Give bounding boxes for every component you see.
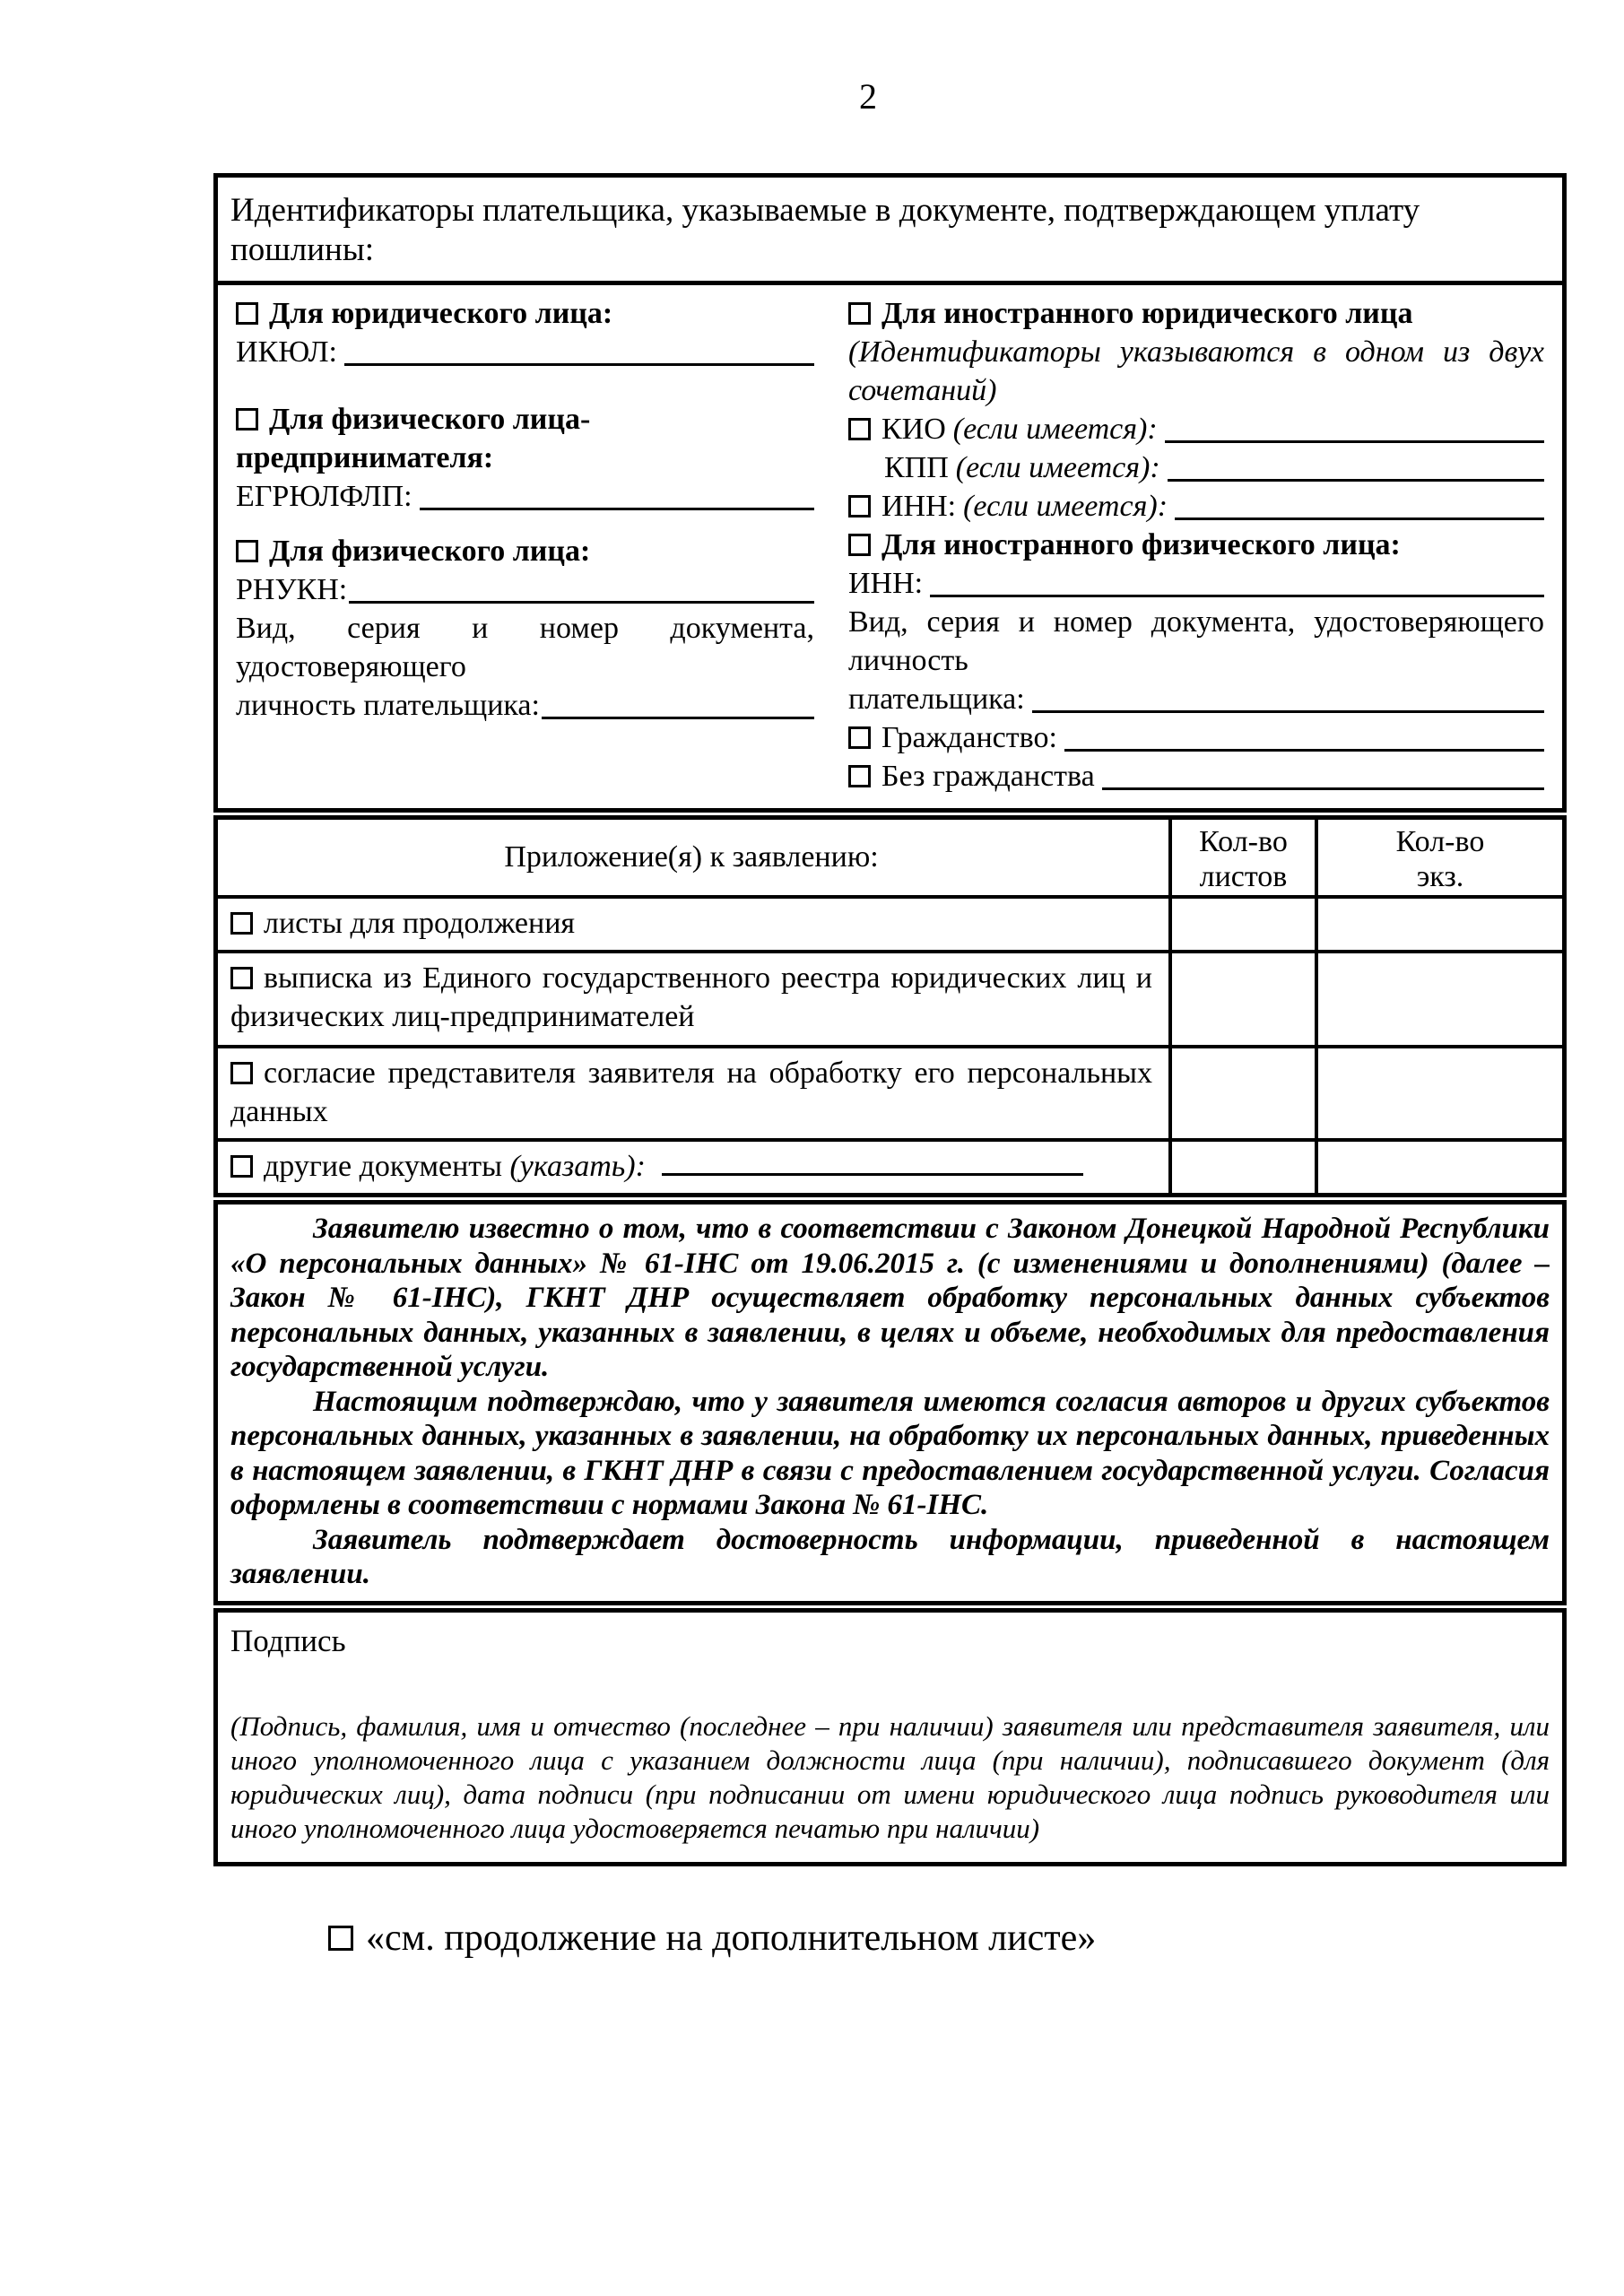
sheets-count-cell-4[interactable] (1168, 1142, 1315, 1193)
copies-count-cell-2[interactable] (1315, 953, 1562, 1045)
attachment-row-other-documents: другие документы (указать): (218, 1138, 1562, 1193)
attachment-row-representative-consent: согласие представителя заявителя на обра… (218, 1045, 1562, 1138)
foreign-legal-checkbox[interactable] (848, 302, 871, 325)
egrulflp-blank-line[interactable] (420, 508, 814, 510)
sheets-count-cell-1[interactable] (1168, 899, 1315, 950)
attachment-row-label-cell: согласие представителя заявителя на обра… (218, 1048, 1168, 1138)
sheets-count-cell-2[interactable] (1168, 953, 1315, 1045)
ikyul-label: ИКЮЛ: (236, 333, 337, 371)
foreign-legal-inn-row: ИНН:(если имеется): (848, 487, 1544, 526)
attachment-row-egr-extract: выписка из Единого государственного реес… (218, 950, 1562, 1045)
identifiers-left-column: Для юридического лица: ИКЮЛ: Для физичес… (236, 294, 814, 796)
foreign-individual-doc-line1: Вид, серия и номер документа, удостоверя… (848, 603, 1544, 680)
payer-identifiers-body: Для юридического лица: ИКЮЛ: Для физичес… (218, 285, 1562, 808)
legal-entity-row: Для юридического лица: (236, 294, 814, 333)
stateless-blank-line[interactable] (1102, 787, 1544, 790)
foreign-legal-inn-checkbox[interactable] (848, 495, 871, 517)
kpp-row: КПП(если имеется): (848, 448, 1544, 487)
foreign-individual-inn-blank-line[interactable] (930, 595, 1544, 597)
egr-extract-checkbox[interactable] (230, 967, 253, 989)
attachments-header-row: Приложение(я) к заявлению: Кол-во листов… (218, 820, 1562, 895)
personal-data-consent-block: Заявителю известно о том, что в соответс… (213, 1200, 1567, 1605)
stateless-label: Без гражданства (881, 757, 1095, 796)
see-continuation-label: «см. продолжение на дополнительном листе… (366, 1917, 1096, 1960)
foreign-legal-note: (Идентификаторы указываются в одном из д… (848, 333, 1544, 410)
copies-count-cell-1[interactable] (1315, 899, 1562, 950)
other-documents-label: другие документы (264, 1150, 502, 1183)
other-documents-note: (указать): (509, 1150, 645, 1183)
kio-note: (если имеется): (953, 410, 1158, 448)
attachment-row-continuation-sheets: листы для продолжения (218, 895, 1562, 950)
copies-count-header-line2: экз. (1318, 859, 1562, 894)
see-continuation-checkbox[interactable] (328, 1926, 353, 1951)
foreign-individual-doc-blank-line[interactable] (1032, 710, 1544, 713)
rnukn-label: РНУКН: (236, 570, 347, 609)
kio-label: КИО (881, 410, 946, 448)
representative-consent-checkbox[interactable] (230, 1062, 253, 1084)
continuation-sheets-checkbox[interactable] (230, 912, 253, 935)
foreign-individual-checkbox[interactable] (848, 534, 871, 556)
foreign-legal-inn-blank-line[interactable] (1175, 517, 1544, 520)
other-documents-checkbox[interactable] (230, 1155, 253, 1178)
ikyul-row: ИКЮЛ: (236, 333, 814, 371)
attachment-row-label-cell: выписка из Единого государственного реес… (218, 953, 1168, 1045)
signature-note: (Подпись, фамилия, имя и отчество (после… (230, 1709, 1550, 1846)
page-number: 2 (859, 75, 877, 117)
foreign-legal-inn-label: ИНН: (881, 487, 956, 526)
individual-row: Для физического лица: (236, 532, 814, 570)
sheets-count-header-line2: листов (1172, 859, 1315, 894)
sheets-count-cell-3[interactable] (1168, 1048, 1315, 1138)
foreign-individual-doc-line2-label: плательщика: (848, 680, 1025, 718)
legal-entity-label: Для юридического лица: (269, 297, 612, 330)
kpp-blank-line[interactable] (1168, 479, 1544, 482)
entrepreneur-label: Для физического лица-предпринимателя: (236, 403, 590, 474)
stateless-checkbox[interactable] (848, 765, 871, 787)
consent-paragraph-1: Заявителю известно о том, что в соответс… (230, 1212, 1550, 1385)
rnukn-blank-line[interactable] (349, 601, 814, 604)
representative-consent-label: согласие представителя заявителя на обра… (230, 1057, 1152, 1128)
individual-doc-line1: Вид, серия и номер документа, удостоверя… (236, 609, 814, 686)
continuation-sheets-label: листы для продолжения (264, 907, 575, 940)
citizenship-row: Гражданство: (848, 718, 1544, 757)
kio-blank-line[interactable] (1165, 440, 1544, 443)
kio-row: КИО(если имеется): (848, 410, 1544, 448)
copies-count-cell-3[interactable] (1315, 1048, 1562, 1138)
copies-count-header: Кол-во экз. (1315, 820, 1562, 895)
egrulflp-label: ЕГРЮЛФЛП: (236, 477, 413, 516)
citizenship-label: Гражданство: (881, 718, 1057, 757)
ikyul-blank-line[interactable] (344, 363, 814, 366)
individual-doc-line2-label: личность плательщика: (236, 686, 540, 725)
other-documents-blank-line[interactable] (662, 1149, 1083, 1176)
legal-entity-checkbox[interactable] (236, 302, 258, 325)
entrepreneur-row: Для физического лица-предпринимателя: (236, 400, 814, 477)
foreign-legal-inn-note: (если имеется): (963, 487, 1168, 526)
foreign-individual-row: Для иностранного физического лица: (848, 526, 1544, 564)
sheets-count-header: Кол-во листов (1168, 820, 1315, 895)
foreign-individual-inn-row: ИНН: (848, 564, 1544, 603)
citizenship-blank-line[interactable] (1064, 749, 1544, 752)
consent-paragraph-2: Настоящим подтверждаю, что у заявителя и… (230, 1385, 1550, 1523)
attachments-title: Приложение(я) к заявлению: (218, 820, 1168, 895)
egrulflp-row: ЕГРЮЛФЛП: (236, 477, 814, 516)
rnukn-row: РНУКН: (236, 570, 814, 609)
kpp-note: (если имеется): (956, 448, 1160, 487)
sheets-count-header-line1: Кол-во (1172, 824, 1315, 859)
entrepreneur-checkbox[interactable] (236, 408, 258, 430)
payer-identifiers-table: Идентификаторы плательщика, указываемые … (213, 173, 1567, 813)
attachment-row-label-cell: другие документы (указать): (218, 1142, 1168, 1193)
foreign-legal-row: Для иностранного юридического лица (848, 294, 1544, 333)
signature-label: Подпись (230, 1623, 1550, 1659)
kio-checkbox[interactable] (848, 418, 871, 440)
individual-checkbox[interactable] (236, 540, 258, 562)
foreign-individual-doc-line2-row: плательщика: (848, 680, 1544, 718)
attachments-table: Приложение(я) к заявлению: Кол-во листов… (213, 815, 1567, 1197)
foreign-legal-label: Для иностранного юридического лица (881, 297, 1412, 330)
individual-doc-line2-row: личность плательщика: (236, 686, 814, 725)
see-continuation-row: «см. продолжение на дополнительном листе… (328, 1917, 1567, 1960)
individual-label: Для физического лица: (269, 535, 590, 568)
payer-identifiers-header: Идентификаторы плательщика, указываемые … (218, 178, 1562, 285)
individual-doc-blank-line[interactable] (542, 717, 814, 719)
application-form-page: Идентификаторы плательщика, указываемые … (213, 173, 1567, 1960)
attachment-row-label-cell: листы для продолжения (218, 899, 1168, 950)
kpp-label: КПП (884, 448, 949, 487)
foreign-individual-inn-label: ИНН: (848, 564, 923, 603)
signature-block: Подпись (Подпись, фамилия, имя и отчеств… (213, 1608, 1567, 1866)
copies-count-header-line1: Кол-во (1318, 824, 1562, 859)
foreign-individual-label: Для иностранного физического лица: (881, 528, 1401, 561)
egr-extract-label: выписка из Единого государственного реес… (230, 961, 1152, 1033)
consent-paragraph-3: Заявитель подтверждает достоверность инф… (230, 1523, 1550, 1592)
identifiers-right-column: Для иностранного юридического лица (Иден… (848, 294, 1544, 796)
citizenship-checkbox[interactable] (848, 726, 871, 749)
stateless-row: Без гражданства (848, 757, 1544, 796)
copies-count-cell-4[interactable] (1315, 1142, 1562, 1193)
